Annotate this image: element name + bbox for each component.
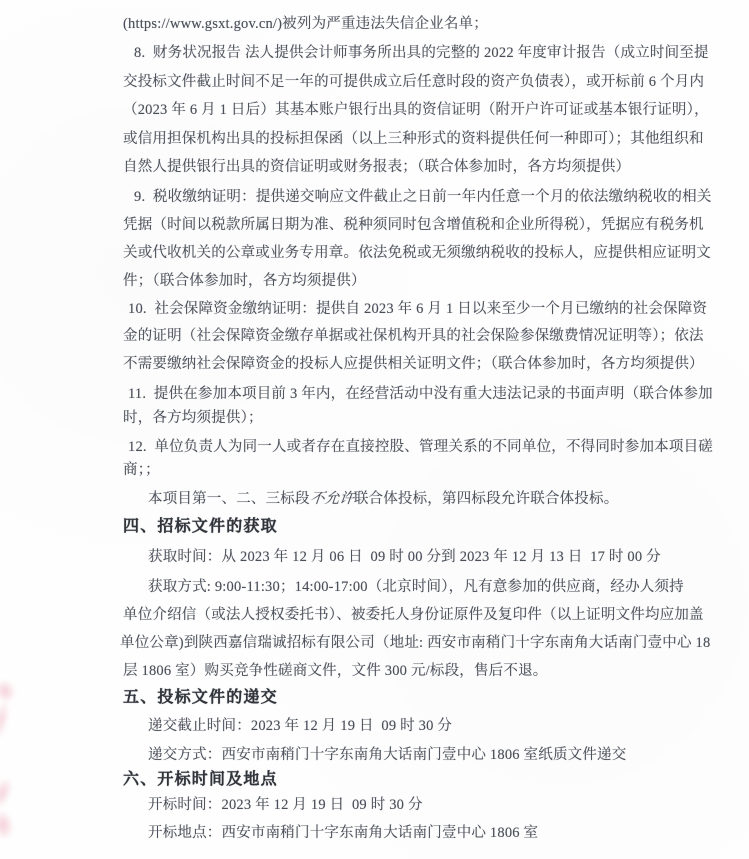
text-line: 时，各方均须提供）； — [123, 410, 263, 427]
text-line: 件；（联合体参加时，各方均须提供） — [123, 273, 366, 290]
emphasized-text: 不允许 — [309, 491, 355, 508]
text-line: 开标时间：2023 年 12 月 19 日 09 时 30 分 — [148, 797, 423, 814]
text-line: 层 1806 室）购买竞争性磋商文件，文件 300 元/标段，售后不退。 — [123, 663, 547, 680]
ink-smudge — [0, 769, 21, 816]
text-line: 12. 单位负责人为同一人或者存在直接控股、管理关系的不同单位，不得同时参加本项… — [128, 439, 713, 456]
text-line: 关或代收机关的公章或业务专用章。依法免税或无须缴纳税收的投标人，应提供相应证明文 — [123, 245, 711, 262]
text-line: 开标地点：西安市南稍门十字东南角大话南门壹中心 1806 室 — [148, 825, 538, 842]
text-line: 单位介绍信（或法人授权委托书）、被委托人身份证原件及复印件（以上证明文件均应加盖 — [123, 607, 704, 624]
section-heading: 五、投标文件的递交 — [123, 688, 278, 707]
text-line: 商；； — [123, 462, 160, 479]
text-line: 交投标文件截止时间不足一年的可提供成立后任意时段的资产负债表），或开标前 6 个… — [123, 74, 704, 91]
text-line: 或信用担保机构出具的投标担保函（以上三种形式的资料提供任何一种即可）；其他组织和 — [123, 131, 704, 148]
text-line: （2023 年 6 月 1 日后）其基本账户银行出具的资信证明（附开户许可证或基… — [123, 102, 709, 119]
text-line: 本项目第一、二、三标段不允许联合体投标，第四标段允许联合体投标。 — [148, 491, 618, 508]
text-line: 凭据（时间以税款所属日期为准、税种须同时包含增值税和企业所得税），凭据应有税务机 — [123, 217, 704, 234]
text-line: 9. 税收缴纳证明：提供递交响应文件截止之日前一年内任意一个月的依法缴纳税收的相… — [134, 189, 712, 206]
text-line: 获取方式: 9:00-11:30；14:00-17:00（北京时间），凡有意参加… — [148, 579, 684, 596]
text-line: 8. 财务状况报告 法人提供会计师事务所出具的完整的 2022 年度审计报告（成… — [134, 45, 709, 62]
text-line: 10. 社会保障资金缴纳证明：提供自 2023 年 6 月 1 日以来至少一个月… — [128, 301, 707, 318]
text-line: 11. 提供在参加本项目前 3 年内，在经营活动中没有重大违法记录的书面声明（联… — [128, 386, 713, 403]
text-line: 不需要缴纳社会保障资金的投标人应提供相关证明文件；（联合体参加时，各方均须提供） — [123, 356, 704, 373]
text-line: 自然人提供银行出具的资信证明或财务报表；（联合体参加时，各方均须提供） — [123, 159, 630, 176]
text-segment: 联合体投标，第四标段允许联合体投标。 — [354, 491, 619, 507]
text-line: 获取时间：从 2023 年 12 月 06 日 09 时 00 分到 2023 … — [148, 549, 661, 566]
text-line: (https://www.gsxt.gov.cn/)被列为严重违法失信企业名单； — [123, 16, 488, 33]
section-heading: 六、开标时间及地点 — [123, 770, 278, 789]
text-line: 单位公章)到陕西嘉信瑞诚招标有限公司（地址: 西安市南稍门十字东南角大话南门壹中… — [120, 635, 710, 652]
ink-smudge — [0, 672, 24, 711]
section-heading: 四、招标文件的获取 — [123, 517, 278, 536]
text-line: 递交截止时间：2023 年 12 月 19 日 09 时 30 分 — [148, 718, 452, 735]
text-line: 递交方式：西安市南稍门十字东南角大话南门壹中心 1806 室纸质文件递交 — [148, 747, 626, 764]
document-page: (https://www.gsxt.gov.cn/)被列为严重违法失信企业名单；… — [0, 0, 749, 859]
ink-smudge — [0, 804, 20, 847]
ink-smudge — [0, 693, 16, 748]
text-line: 金的证明（社会保障资金缴存单据或社保机构开具的社会保险参保缴费情况证明等）；依法 — [123, 328, 704, 345]
text-segment: 本项目第一、二、三标段 — [148, 491, 310, 507]
